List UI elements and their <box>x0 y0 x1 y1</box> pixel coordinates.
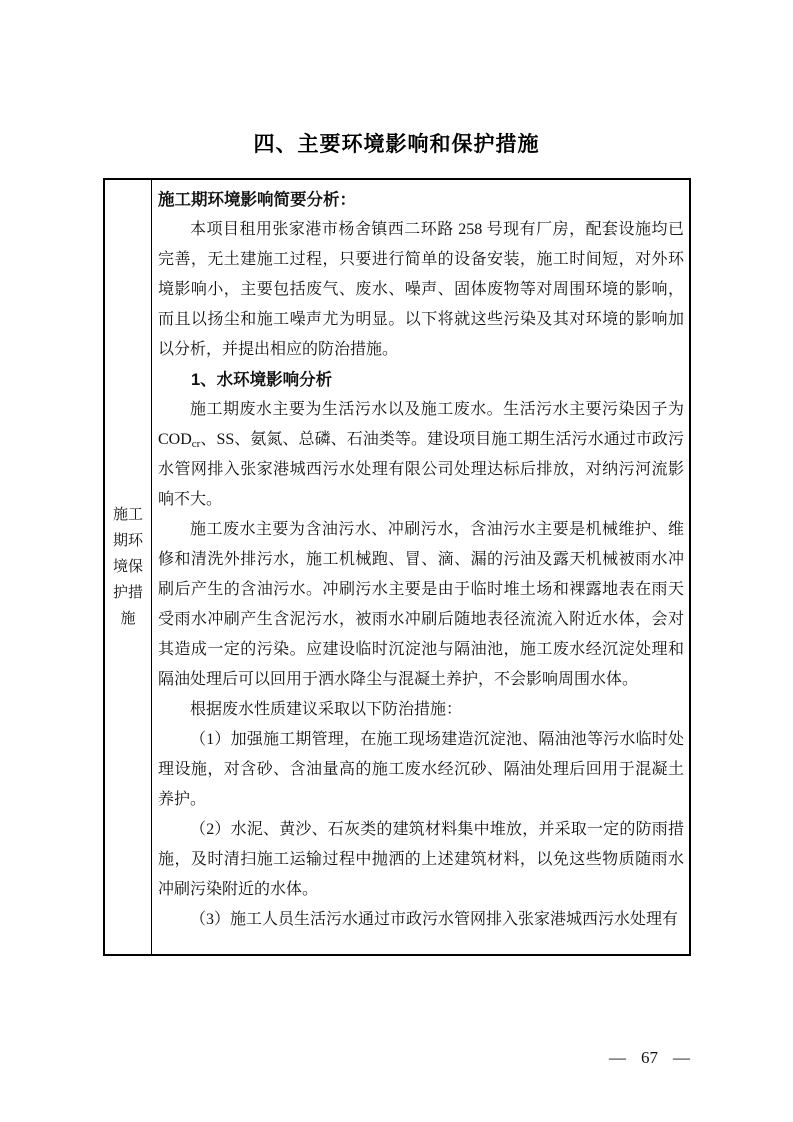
analysis-heading: 施工期环境影响简要分析： <box>158 185 684 215</box>
paragraph-measures-intro: 根据废水性质建议采取以下防治措施： <box>158 695 684 725</box>
section-title: 四、主要环境影响和保护措施 <box>0 128 793 158</box>
page-footer: — 67 — <box>609 1048 690 1068</box>
row-header-cell: 施工期环境保护措施 <box>105 180 152 954</box>
paragraph-measure-1: （1）加强施工期管理，在施工现场建造沉淀池、隔油池等污水临时处理设施，对含砂、含… <box>158 725 684 815</box>
paragraph-segment: 、SS、氨氮、总磷、石油类等。建设项目施工期生活污水通过市政污水管网排入张家港城… <box>158 431 684 508</box>
content-cell: 施工期环境影响简要分析： 本项目租用张家港市杨舍镇西二环路 258 号现有厂房，… <box>152 180 689 954</box>
impact-table: 施工期环境保护措施 施工期环境影响简要分析： 本项目租用张家港市杨舍镇西二环路 … <box>103 178 691 956</box>
paragraph-measure-2: （2）水泥、黄沙、石灰类的建筑材料集中堆放，并采取一定的防雨措施，及时清扫施工运… <box>158 815 684 905</box>
footer-dash-left: — <box>609 1048 626 1068</box>
paragraph-project-overview: 本项目租用张家港市杨舍镇西二环路 258 号现有厂房，配套设施均已完善，无土建施… <box>158 215 684 365</box>
paragraph-construction-wastewater: 施工废水主要为含油污水、冲刷污水，含油污水主要是机械维护、维修和清洗外排污水，施… <box>158 515 684 695</box>
footer-page-number: 67 <box>641 1048 658 1068</box>
paragraph-wastewater-factors: 施工期废水主要为生活污水以及施工废水。生活污水主要污染因子为CODcr、SS、氨… <box>158 395 684 515</box>
footer-dash-right: — <box>673 1048 690 1068</box>
paragraph-measure-3: （3）施工人员生活污水通过市政污水管网排入张家港城西污水处理有 <box>158 905 684 935</box>
water-impact-heading: 1、水环境影响分析 <box>158 365 684 395</box>
document-page: 四、主要环境影响和保护措施 施工期环境保护措施 施工期环境影响简要分析： 本项目… <box>0 0 793 1122</box>
row-header-label: 施工期环境保护措施 <box>113 502 144 632</box>
